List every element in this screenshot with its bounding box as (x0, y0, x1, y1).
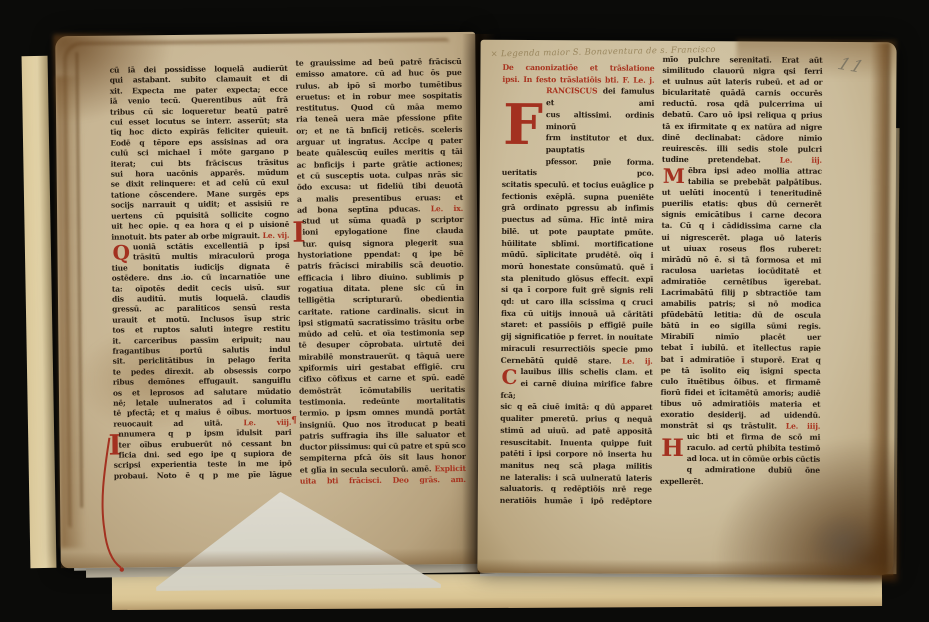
rubric-text: ipsi. In festo trāslatiōis bti. F. Le. j… (502, 75, 654, 85)
manuscript-text-line: qd: ut caro illa scissima q cruci (501, 296, 653, 309)
manuscript-text-line: debatū. Caro uō ipsi reliqua q prius (662, 109, 822, 121)
manuscript-text-line: tudine pretendebat. Le. iij. (662, 154, 822, 166)
manuscript-text-line: ne lateralis: i scā uulneratū lateris (500, 471, 652, 484)
manuscript-text-line: De canonizatiōe et trāslatione (502, 62, 654, 75)
manuscript-text-line: culo ītuētibus ōibus. et firmamē (661, 376, 821, 388)
manuscript-text-line: stimū ad uiuū. ad patē appositā (500, 425, 652, 438)
manuscript-text-line: gij significatiōe p ferret. in nouitate (501, 331, 653, 344)
right-page: × Legenda maior S. Bonaventura de s. Fra… (477, 40, 896, 576)
stain-bottom-edge (477, 559, 893, 576)
rubric-text: Le. vij. (263, 230, 290, 239)
manuscript-text-line: miraculi resurrectiōis specie pmo (501, 343, 653, 356)
manuscript-text-line: ipsi. In festo trāslatiōis bti. F. Le. j… (502, 74, 654, 87)
left-page-column-2: te grauissime ad beū patrē frāciscūemiss… (295, 56, 465, 487)
manuscript-text-line: tā ex ifirmitate q ex natūra ad nigre (662, 120, 822, 132)
rubric-text: Le. ix. (431, 204, 463, 213)
manuscript-text-line: mūdū. sīplicitate prudētē. oīq i (501, 249, 653, 262)
manuscript-text-line: ta. Cū q i cādidissima carne cla (661, 220, 821, 232)
rubric-text: Le. ij. (622, 356, 653, 365)
manuscript-text-line: saluatoris. q redēptiōis nrē rege (500, 483, 652, 496)
illuminated-initial: I (291, 216, 299, 250)
manuscript-text-line: sic q eā ciuē imitā: q dū apparet (500, 401, 652, 414)
manuscript-text-line: monstrāt si qs trāstulit. Le. iiij. (660, 420, 820, 432)
left-page-column-1: cū iā dei possidisse loquelā audierūtqui… (110, 64, 292, 482)
manuscript-text-line: fiorū fidei et īcitamētū amoris; audiē (660, 387, 820, 399)
manuscript-text-line: uita bti frācisci. Deo grās. am. (300, 474, 466, 487)
stain-line (75, 52, 83, 508)
paraph-mark: ¶ (291, 416, 297, 426)
manuscript-text-line: puectus ad sūma. Hīc intē mira (501, 214, 653, 227)
manuscript-text-line: raculosa uarietas iocūditatē et (661, 265, 821, 277)
manuscript-text-line: manitus neq scā plaga militis (500, 460, 652, 473)
manuscript-text-line: ui nigrescerēt. plaga uō lateris (661, 231, 821, 243)
manuscript-text-line: si qa ī corpore fuit grē signis reli (501, 284, 653, 297)
book-board-left-edge (22, 56, 57, 568)
rubric-text: De canonizatiōe et trāslatione (502, 63, 654, 73)
manuscript-photo: cū iā dei possidisse loquelā audierūtqui… (0, 0, 929, 622)
manuscript-text-line: lauibus illis schelis clam. et (501, 366, 653, 379)
manuscript-text-line: admiratiōe cernētibus īgerebat. (661, 276, 821, 288)
manuscript-text-line: neratiōis humāe ī ipō redēptore (500, 495, 652, 508)
folio-number: 11 (835, 54, 868, 77)
manuscript-text-line: bilē. ut pote pauptate pmūte. (501, 226, 653, 239)
smudge-stain (807, 512, 877, 572)
right-page-column-2: mīo pulchre serenitatī. Erat aūtsimilitu… (660, 54, 823, 488)
rubric-text: RANCISCUS (546, 87, 597, 96)
rubric-text: Le. iiij. (786, 422, 821, 431)
manuscript-text-line: hūilitate sblīmi. mortificatione (501, 237, 653, 250)
illuminated-initial: I (107, 430, 115, 461)
manuscript-text-line: pe tā īsolito eīq īsigni specta (661, 364, 821, 376)
illuminated-initial: H (660, 431, 684, 464)
manuscript-text-line: tebat ī iubilū. et ītellectus rapie (661, 342, 821, 354)
rubric-text: Le. iij. (780, 155, 822, 164)
manuscript-text-line: ei carnē diuina mirifice fabre fcā; (500, 378, 652, 402)
manuscript-text-line: reuirescēs. illi sedis stole pulcri (662, 143, 822, 155)
manuscript-text-line: grā ordinato pgressu ab infimis (502, 202, 654, 215)
manuscript-text-line: q admiratione dubiū ōne expellerēt. (660, 464, 820, 487)
manuscript-text-line: scitatis speculū. et tocius euāglice p (502, 179, 654, 192)
manuscript-text-line: fectionis exēplā. supna pueniēte (502, 191, 654, 204)
illuminated-initial: M (662, 165, 685, 187)
book-board-bottom-edge (112, 572, 882, 610)
manuscript-text-line: bat ī admiratiōe ī stuporē. Erat q (661, 353, 821, 365)
illuminated-initial: F (502, 85, 543, 167)
stain-left-edge (56, 76, 87, 548)
rubric-text: uita bti frācisci. Deo grās. am. (300, 475, 466, 486)
manuscript-text-line: probaui. Noto ē q p me pīe lāgue (114, 470, 292, 482)
manuscript-text-line: resuscitabit. Inuenta quippe fuit (500, 436, 652, 449)
manuscript-text-line: qualiter pmeretū. prius q nequā (500, 413, 652, 426)
manuscript-text-line: fixa cū uitijs innouā uā cāritāti (501, 308, 653, 321)
manuscript-text-line: sta plenitudo glōsus effecit. expī (501, 273, 653, 286)
manuscript-text-line: staret: et passiōis p effigiē puile (501, 319, 653, 332)
manuscript-text-line: dinē declinabat: cādore nimio (662, 132, 822, 144)
manuscript-text-line: Cernebātū quidē stare. Le. ij. (501, 354, 653, 367)
illuminated-initial: C (500, 366, 517, 389)
illuminated-initial: Q (111, 242, 130, 263)
stain-fore-edge (867, 42, 890, 575)
right-page-column-1: De canonizatiōe et trāslationeipsi. In f… (500, 62, 655, 508)
manuscript-text-line: mirādū nō ē. si tā formosa et mi (661, 254, 821, 266)
manuscript-text-line: ut uiuax roseus flos ruberet: (661, 242, 821, 254)
left-page: cū iā dei possidisse loquelā audierūtqui… (55, 32, 481, 568)
manuscript-text-line: morū honestate consūmatū. quē ī (501, 261, 653, 274)
manuscript-text-line: patēti ī ipsi corpore nō inserta hu (500, 448, 652, 461)
rubric-text: Le. viij. (243, 418, 291, 427)
